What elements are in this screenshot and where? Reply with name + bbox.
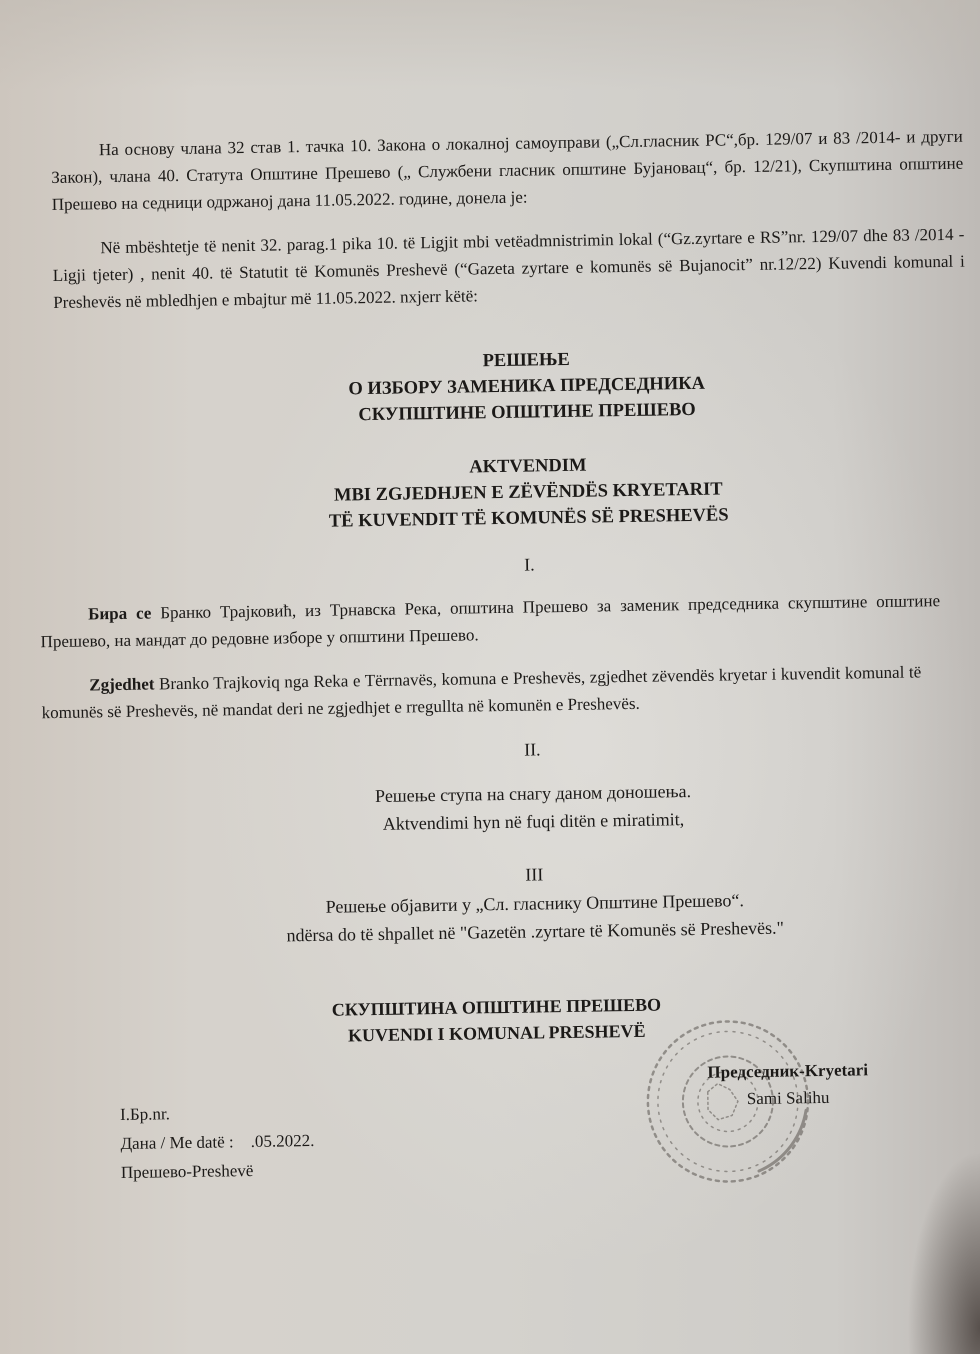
section-2-numeral: II. [2,728,980,771]
section-1-albanian-bold: Zgjedhet [89,674,154,694]
section-1-serbian: Бира се Бранко Трајковић, из Трнавска Ре… [40,587,941,655]
issuer-block: СКУПШТИНА ОПШТИНЕ ПРЕШЕВО KUVENDI I KOMU… [6,986,980,1053]
section-1-albanian: Zgjedhet Branko Trajkoviq nga Reka e Tër… [41,658,922,726]
preamble-serbian-text: члана 32 став 1. тачка 10. Закона о лока… [51,127,963,214]
preamble-serbian-lead: На основу [99,139,175,159]
document-date: Дана / Me datë : .05.2022. [120,1126,314,1158]
preamble-albanian: Në mbështetje të nenit 32. parag.1 pika … [52,221,965,316]
section-2-body: Решење ступа на снагу даном доношења. Ak… [3,771,980,844]
section-1-serbian-bold: Бира се [88,603,151,623]
section-1-albanian-text: Branko Trajkoviq nga Reka e Tërrnavës, k… [42,662,922,722]
preamble-serbian: На основу члана 32 став 1. тачка 10. Зак… [51,123,964,218]
section-1-numeral: I. [0,543,980,586]
title-albanian: AKTVENDIM MBI ZGJEDHJEN E ZËVËNDËS KRYET… [0,445,980,540]
signature-role: Председник-Kryetari [707,1056,868,1086]
preamble-albanian-text: Në mbështetje të nenit 32. parag.1 pika … [53,225,965,312]
title-serbian: РЕШЕЊЕ О ИЗБОРУ ЗАМЕНИКА ПРЕДСЕДНИКА СКУ… [0,339,980,434]
document-number: I.Бр.nr. [120,1097,314,1129]
signature-block: Председник-Kryetari Sami Salihu [707,1056,868,1113]
document-page: На основу члана 32 став 1. тачка 10. Зак… [0,0,980,1354]
document-footer: I.Бр.nr. Дана / Me datë : .05.2022. Преш… [120,1097,315,1187]
signature-name: Sami Salihu [708,1083,869,1113]
section-1-serbian-text: Бранко Трајковић, из Трнавска Река, општ… [40,591,940,651]
document-place: Прешево-Preshevë [121,1155,315,1187]
